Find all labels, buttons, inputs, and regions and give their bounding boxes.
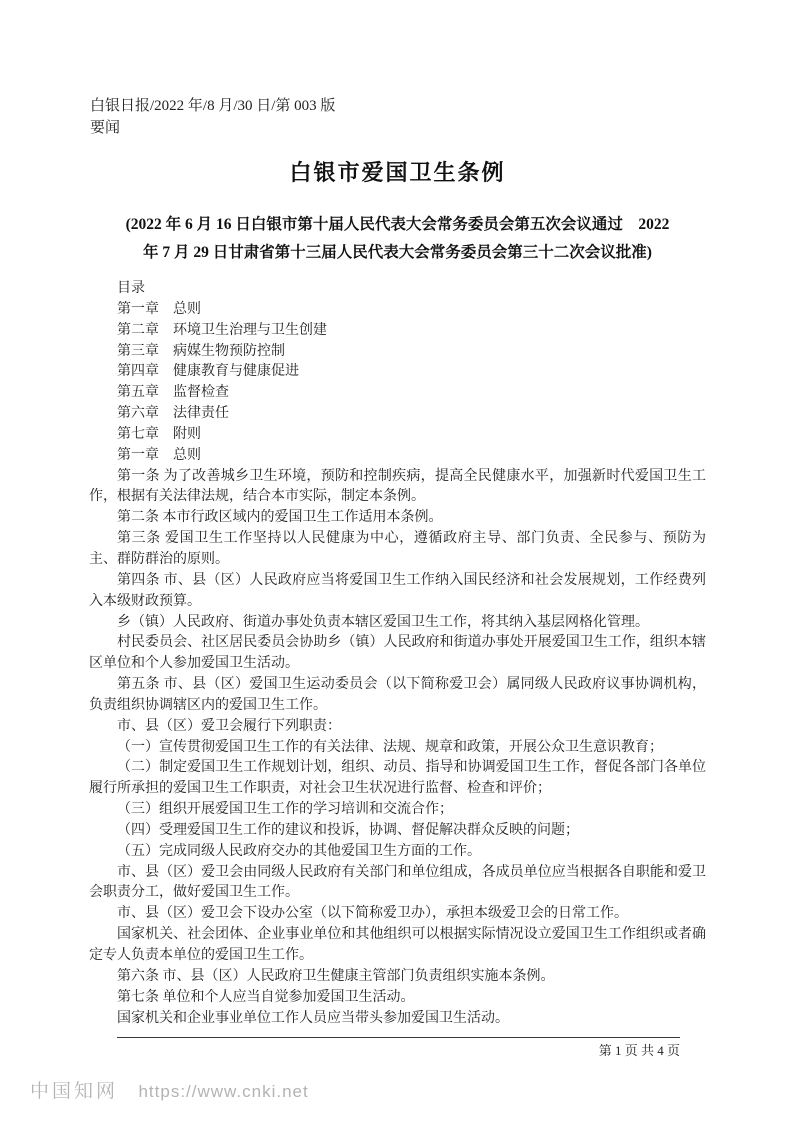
body-paragraph: 市、县（区）爱卫会履行下列职责： xyxy=(89,717,706,738)
approval-note-line-2: 年 7 月 29 日甘肃省第十三届人民代表大会常务委员会第三十二次会议批准) xyxy=(89,239,706,267)
body-paragraph: （四）受理爱国卫生工作的建议和投诉，协调、督促解决群众反映的问题； xyxy=(89,821,706,842)
cnki-brand-text: 中国知网 xyxy=(30,1081,118,1102)
body-paragraph: 第六条 市、县（区）人民政府卫生健康主管部门负责组织实施本条例。 xyxy=(89,967,706,988)
approval-note-line-1: (2022 年 6 月 16 日白银市第十届人民代表大会常务委员会第五次会议通过… xyxy=(89,211,706,239)
document-header: 白银日报/2022 年/8 月/30 日/第 003 版 要闻 xyxy=(90,95,335,139)
toc-item: 第三章 病媒生物预防控制 xyxy=(89,342,706,363)
body-paragraph: 第五条 市、县（区）爱国卫生运动委员会（以下简称爱卫会）属同级人民政府议事协调机… xyxy=(89,675,706,717)
cnki-url-text: https://www.cnki.net xyxy=(138,1082,308,1101)
footer-divider xyxy=(117,1037,680,1038)
body-paragraph: 国家机关和企业事业单位工作人员应当带头参加爱国卫生活动。 xyxy=(89,1009,706,1030)
body-paragraph: 市、县（区）爱卫会下设办公室（以下简称爱卫办），承担本级爱卫会的日常工作。 xyxy=(89,904,706,925)
cnki-watermark: 中国知网 https://www.cnki.net xyxy=(30,1076,309,1103)
body-paragraph: 第四条 市、县（区）人民政府应当将爱国卫生工作纳入国民经济和社会发展规划，工作经… xyxy=(89,571,706,613)
toc-item: 第二章 环境卫生治理与卫生创建 xyxy=(89,321,706,342)
toc-item: 第一章 总则 xyxy=(89,300,706,321)
approval-note: (2022 年 6 月 16 日白银市第十届人民代表大会常务委员会第五次会议通过… xyxy=(89,211,706,267)
body-paragraph: （三）组织开展爱国卫生工作的学习培训和交流合作； xyxy=(89,800,706,821)
body-paragraph: 第七条 单位和个人应当自觉参加爱国卫生活动。 xyxy=(89,988,706,1009)
body-paragraph: （一）宣传贯彻爱国卫生工作的有关法律、法规、规章和政策，开展公众卫生意识教育； xyxy=(89,738,706,759)
document-body: 目录 第一章 总则 第二章 环境卫生治理与卫生创建 第三章 病媒生物预防控制 第… xyxy=(89,279,706,1029)
source-line: 白银日报/2022 年/8 月/30 日/第 003 版 xyxy=(90,95,335,117)
toc-heading: 目录 xyxy=(89,279,706,300)
body-paragraph: （五）完成同级人民政府交办的其他爱国卫生方面的工作。 xyxy=(89,842,706,863)
page-number: 第 1 页 共 4 页 xyxy=(117,1040,680,1059)
toc-item: 第六章 法律责任 xyxy=(89,404,706,425)
document-title: 白银市爱国卫生条例 xyxy=(89,156,706,187)
toc-item: 第四章 健康教育与健康促进 xyxy=(89,362,706,383)
toc-item: 第七章 附则 xyxy=(89,425,706,446)
body-paragraph: 国家机关、社会团体、企业事业单位和其他组织可以根据实际情况设立爱国卫生工作组织或… xyxy=(89,925,706,967)
body-paragraph: 第一条 为了改善城乡卫生环境，预防和控制疾病，提高全民健康水平，加强新时代爱国卫… xyxy=(89,467,706,509)
body-paragraph: 第二条 本市行政区域内的爱国卫生工作适用本条例。 xyxy=(89,508,706,529)
chapter-heading: 第一章 总则 xyxy=(89,446,706,467)
body-paragraph: （二）制定爱国卫生工作规划计划，组织、动员、指导和协调爱国卫生工作，督促各部门各… xyxy=(89,758,706,800)
body-paragraph: 村民委员会、社区居民委员会协助乡（镇）人民政府和街道办事处开展爱国卫生工作，组织… xyxy=(89,633,706,675)
body-paragraph: 乡（镇）人民政府、街道办事处负责本辖区爱国卫生工作，将其纳入基层网格化管理。 xyxy=(89,613,706,634)
body-paragraph: 市、县（区）爱卫会由同级人民政府有关部门和单位组成，各成员单位应当根据各自职能和… xyxy=(89,863,706,905)
document-page: 白银日报/2022 年/8 月/30 日/第 003 版 要闻 白银市爱国卫生条… xyxy=(0,0,794,1123)
body-paragraph: 第三条 爱国卫生工作坚持以人民健康为中心，遵循政府主导、部门负责、全民参与、预防… xyxy=(89,529,706,571)
section-label: 要闻 xyxy=(90,117,335,139)
toc-item: 第五章 监督检查 xyxy=(89,383,706,404)
